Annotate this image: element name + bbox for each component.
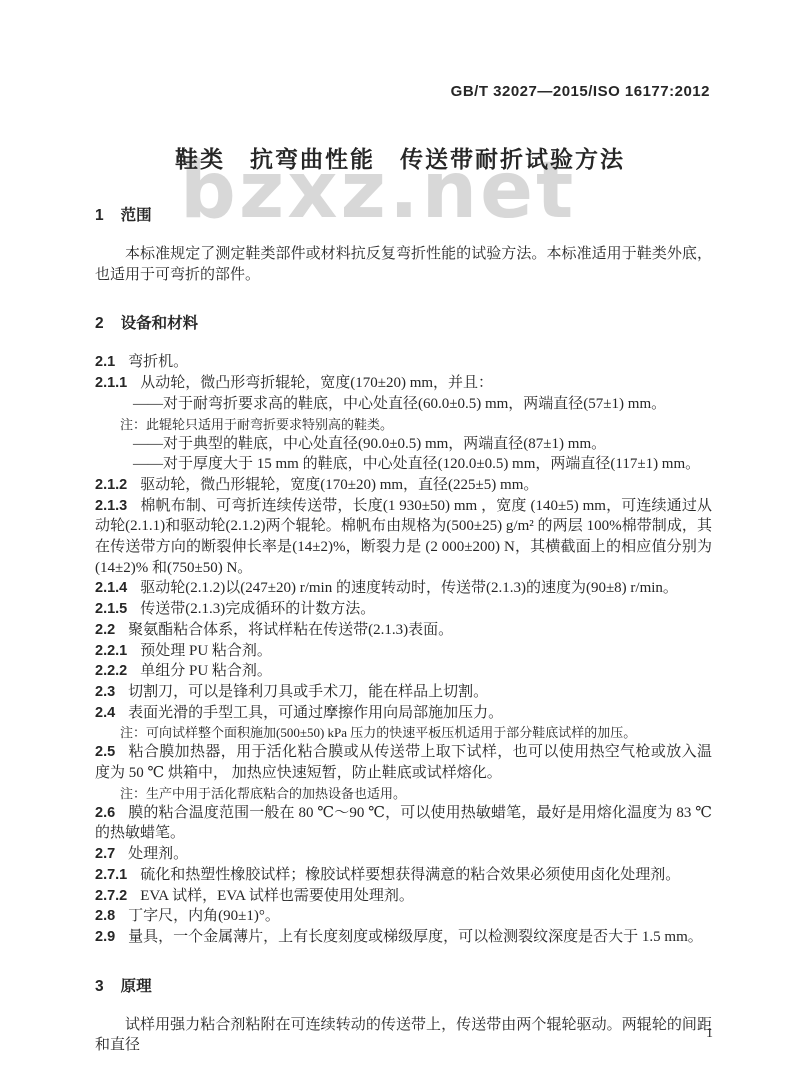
clause-number: 2.2.1 bbox=[95, 643, 127, 659]
clause-text: 原理 bbox=[121, 978, 152, 995]
text-line: 2.4表面光滑的手型工具，可通过摩擦作用向局部施加压力。 bbox=[95, 703, 712, 724]
clause-number: 2.1.4 bbox=[95, 580, 127, 596]
clause-number: 3 bbox=[95, 978, 104, 995]
standard-code: GB/T 32027—2015/ISO 16177:2012 bbox=[451, 83, 710, 100]
clause-text: 本标准规定了测定鞋类部件或材料抗反复弯折性能的试验方法。本标准适用于鞋类外底，也… bbox=[95, 246, 712, 283]
clause-number: 2.9 bbox=[95, 929, 115, 945]
text-line: 2.1.1从动轮，微凸形弯折辊轮，宽度(170±20) mm，并且： bbox=[95, 373, 712, 394]
clause-text: 棉帆布制、可弯折连续传送带，长度(1 930±50) mm ，宽度 (140±5… bbox=[95, 498, 712, 576]
clause-number: 2.5 bbox=[95, 744, 115, 760]
clause-text: 单组分 PU 粘合剂。 bbox=[140, 663, 272, 679]
text-line: 2.3切割刀，可以是锋利刀具或手术刀，能在样品上切割。 bbox=[95, 682, 712, 703]
text-line: ——对于典型的鞋底，中心处直径(90.0±0.5) mm，两端直径(87±1) … bbox=[95, 434, 712, 455]
clause-text: 注：此辊轮只适用于耐弯折要求特别高的鞋类。 bbox=[120, 417, 393, 432]
clause-number: 2.7 bbox=[95, 846, 115, 862]
text-line: 2.2.1预处理 PU 粘合剂。 bbox=[95, 641, 712, 662]
text-line: 注：生产中用于活化帮底粘合的加热设备也适用。 bbox=[95, 784, 712, 803]
section-heading: 1范围 bbox=[95, 205, 712, 227]
clause-text: 表面光滑的手型工具，可通过摩擦作用向局部施加压力。 bbox=[128, 705, 503, 721]
text-line: 2.7.1硫化和热塑性橡胶试样；橡胶试样要想获得满意的粘合效果必须使用卤化处理剂… bbox=[95, 865, 712, 886]
section-heading: 3原理 bbox=[95, 976, 712, 998]
clause-number: 2.2.2 bbox=[95, 663, 127, 679]
clause-number: 1 bbox=[95, 207, 104, 224]
clause-text: 聚氨酯粘合体系，将试样粘在传送带(2.1.3)表面。 bbox=[128, 622, 453, 638]
section-heading: 2设备和材料 bbox=[95, 313, 712, 335]
clause-number: 2.2 bbox=[95, 622, 115, 638]
clause-number: 2.4 bbox=[95, 705, 115, 721]
clause-text: 注：生产中用于活化帮底粘合的加热设备也适用。 bbox=[120, 786, 406, 801]
clause-text: 切割刀，可以是锋利刀具或手术刀，能在样品上切割。 bbox=[128, 684, 488, 700]
clause-number: 2.8 bbox=[95, 908, 115, 924]
text-line: 2.1.2驱动轮，微凸形辊轮，宽度(170±20) mm，直径(225±5) m… bbox=[95, 475, 712, 496]
text-line: 2.1.5传送带(2.1.3)完成循环的计数方法。 bbox=[95, 599, 712, 620]
clause-number: 2.1 bbox=[95, 354, 115, 370]
document-title: 鞋类 抗弯曲性能 传送带耐折试验方法 bbox=[0, 141, 800, 174]
text-line: 注：此辊轮只适用于耐弯折要求特别高的鞋类。 bbox=[95, 415, 712, 434]
document-lines: 1范围本标准规定了测定鞋类部件或材料抗反复弯折性能的试验方法。本标准适用于鞋类外… bbox=[95, 205, 712, 1056]
clause-text: 传送带(2.1.3)完成循环的计数方法。 bbox=[140, 601, 375, 617]
clause-number: 2.6 bbox=[95, 805, 115, 821]
clause-number: 2.3 bbox=[95, 684, 115, 700]
clause-text: 设备和材料 bbox=[121, 315, 199, 332]
clause-number: 2.1.2 bbox=[95, 477, 127, 493]
clause-number: 2 bbox=[95, 315, 104, 332]
text-line: 2.9量具，一个金属薄片，上有长度刻度或梯级厚度，可以检测裂纹深度是否大于 1.… bbox=[95, 927, 712, 948]
clause-text: 膜的粘合温度范围一般在 80 ℃～90 ℃，可以使用热敏蜡笔，最好是用熔化温度为… bbox=[95, 805, 712, 842]
clause-number: 2.7.1 bbox=[95, 867, 127, 883]
clause-text: 丁字尺，内角(90±1)°。 bbox=[128, 908, 280, 924]
clause-text: 处理剂。 bbox=[128, 846, 188, 862]
text-line: ——对于耐弯折要求高的鞋底，中心处直径(60.0±0.5) mm，两端直径(57… bbox=[95, 394, 712, 415]
text-line: 2.1.4驱动轮(2.1.2)以(247±20) r/min 的速度转动时，传送… bbox=[95, 578, 712, 599]
text-line: 2.6膜的粘合温度范围一般在 80 ℃～90 ℃，可以使用热敏蜡笔，最好是用熔化… bbox=[95, 803, 712, 844]
text-line: 2.8丁字尺，内角(90±1)°。 bbox=[95, 906, 712, 927]
text-line: 2.7处理剂。 bbox=[95, 844, 712, 865]
text-line: 2.7.2EVA 试样，EVA 试样也需要使用处理剂。 bbox=[95, 886, 712, 907]
clause-text: 试样用强力粘合剂粘附在可连续转动的传送带上，传送带由两个辊轮驱动。两辊轮的间距和… bbox=[95, 1017, 712, 1054]
clause-number: 2.1.3 bbox=[95, 498, 127, 514]
clause-text: 粘合膜加热器，用于活化粘合膜或从传送带上取下试样，也可以使用热空气枪或放入温度为… bbox=[95, 744, 712, 781]
clause-text: 硫化和热塑性橡胶试样；橡胶试样要想获得满意的粘合效果必须使用卤化处理剂。 bbox=[140, 867, 680, 883]
clause-text: 量具，一个金属薄片，上有长度刻度或梯级厚度，可以检测裂纹深度是否大于 1.5 m… bbox=[128, 929, 703, 945]
clause-text: 驱动轮，微凸形辊轮，宽度(170±20) mm，直径(225±5) mm。 bbox=[140, 477, 538, 493]
clause-text: ——对于耐弯折要求高的鞋底，中心处直径(60.0±0.5) mm，两端直径(57… bbox=[133, 396, 666, 412]
document-page: bzxz.net GB/T 32027—2015/ISO 16177:2012 … bbox=[0, 0, 800, 1089]
clause-number: 2.1.1 bbox=[95, 375, 127, 391]
page-number: 1 bbox=[706, 1026, 713, 1042]
clause-text: ——对于厚度大于 15 mm 的鞋底，中心处直径(120.0±0.5) mm，两… bbox=[133, 456, 700, 472]
clause-text: EVA 试样，EVA 试样也需要使用处理剂。 bbox=[140, 888, 414, 904]
clause-text: 注：可向试样整个面积施加(500±50) kPa 压力的快速平板压机适用于部分鞋… bbox=[120, 725, 636, 740]
clause-text: 范围 bbox=[121, 207, 152, 224]
clause-text: 驱动轮(2.1.2)以(247±20) r/min 的速度转动时，传送带(2.1… bbox=[140, 580, 678, 596]
text-line: 注：可向试样整个面积施加(500±50) kPa 压力的快速平板压机适用于部分鞋… bbox=[95, 723, 712, 742]
clause-number: 2.1.5 bbox=[95, 601, 127, 617]
clause-text: 弯折机。 bbox=[128, 354, 188, 370]
text-line: 试样用强力粘合剂粘附在可连续转动的传送带上，传送带由两个辊轮驱动。两辊轮的间距和… bbox=[95, 1015, 712, 1056]
text-line: 2.2聚氨酯粘合体系，将试样粘在传送带(2.1.3)表面。 bbox=[95, 620, 712, 641]
clause-number: 2.7.2 bbox=[95, 888, 127, 904]
text-line: 2.1弯折机。 bbox=[95, 352, 712, 373]
text-line: ——对于厚度大于 15 mm 的鞋底，中心处直径(120.0±0.5) mm，两… bbox=[95, 454, 712, 475]
text-line: 2.2.2单组分 PU 粘合剂。 bbox=[95, 661, 712, 682]
clause-text: 预处理 PU 粘合剂。 bbox=[140, 643, 272, 659]
text-line: 2.1.3棉帆布制、可弯折连续传送带，长度(1 930±50) mm ，宽度 (… bbox=[95, 496, 712, 579]
text-line: 本标准规定了测定鞋类部件或材料抗反复弯折性能的试验方法。本标准适用于鞋类外底，也… bbox=[95, 244, 712, 285]
text-line: 2.5粘合膜加热器，用于活化粘合膜或从传送带上取下试样，也可以使用热空气枪或放入… bbox=[95, 742, 712, 783]
clause-text: ——对于典型的鞋底，中心处直径(90.0±0.5) mm，两端直径(87±1) … bbox=[133, 436, 606, 452]
clause-text: 从动轮，微凸形弯折辊轮，宽度(170±20) mm，并且： bbox=[140, 375, 493, 391]
